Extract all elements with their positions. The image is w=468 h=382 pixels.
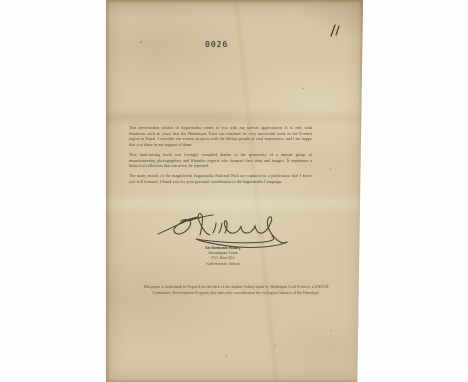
scan-background: 0026 This presentation edition of Sagarm… [0,0,468,382]
pen-mark-icon [328,22,342,40]
paper-speck [274,345,276,346]
paper-speck [226,355,227,357]
colophon-text: This paper is hand made in Nepal from th… [136,285,336,296]
paper-speck [330,330,332,331]
address-line: Kathmandu, Nepal [164,261,282,266]
paper-speck [330,168,331,170]
letter-paragraph-1: This presentation edition of Sagarmatha … [129,125,312,148]
paper-speck [140,41,142,43]
letter-body: This presentation edition of Sagarmatha … [129,125,312,188]
paper-speck [166,300,167,301]
address-block: Sir Edmund Hillary Himalayan Trust P.O. … [164,245,282,266]
letter-paragraph-2: This fund-raising book was lovingly comp… [129,152,312,169]
document-page: 0026 This presentation edition of Sagarm… [106,0,363,382]
letter-paragraph-3: The many moods of the magnificent Sagarm… [129,173,312,184]
stamp-number: 0026 [205,40,228,49]
paper-speck [302,88,304,89]
